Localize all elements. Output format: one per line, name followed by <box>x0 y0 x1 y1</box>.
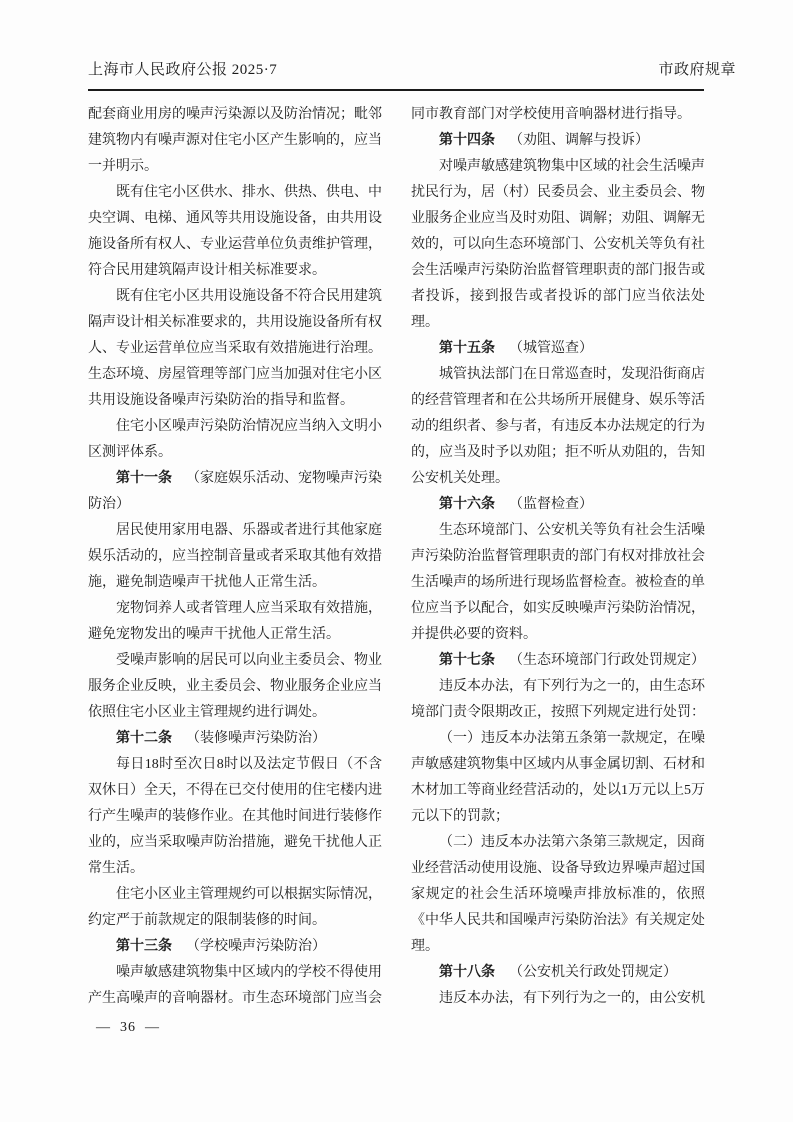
article-heading: 第十八条（公安机关行政处罚规定） <box>411 960 705 986</box>
article-number: 第十七条 <box>439 653 509 668</box>
article-title: （公安机关行政处罚规定） <box>509 965 677 980</box>
article-number: 第十一条 <box>116 471 186 486</box>
paragraph: 配套商业用房的噪声污染源以及防治情况；毗邻建筑物内有噪声源对住宅小区产生影响的，… <box>88 102 382 180</box>
paragraph: 住宅小区噪声污染防治情况应当纳入文明小区测评体系。 <box>88 414 382 466</box>
left-column: 配套商业用房的噪声污染源以及防治情况；毗邻建筑物内有噪声源对住宅小区产生影响的，… <box>88 102 382 1012</box>
footer-right-dash: — <box>145 1020 160 1036</box>
article-number: 第十八条 <box>439 965 509 980</box>
paragraph: 受噪声影响的居民可以向业主委员会、物业服务企业反映，业主委员会、物业服务企业应当… <box>88 648 382 726</box>
right-column: 同市教育部门对学校使用音响器材进行指导。第十四条（劝阻、调解与投诉）对噪声敏感建… <box>411 102 705 1012</box>
article-title: （装修噪声污染防治） <box>186 731 326 746</box>
paragraph: 违反本办法，有下列行为之一的，由公安机 <box>411 986 705 1012</box>
page-number: 36 <box>120 1020 136 1036</box>
paragraph: 既有住宅小区共用设施设备不符合民用建筑隔声设计相关标准要求的，共用设施设备所有权… <box>88 284 382 414</box>
paragraph: 对噪声敏感建筑物集中区域的社会生活噪声扰民行为，居（村）民委员会、业主委员会、物… <box>411 154 705 336</box>
article-number: 第十六条 <box>439 497 509 512</box>
gazette-title: 上海市人民政府公报 2025·7 <box>88 58 277 79</box>
paragraph: 每日18时至次日8时以及法定节假日（不含双休日）全天，不得在已交付使用的住宅楼内… <box>88 752 382 882</box>
article-title: （城管巡查） <box>509 341 593 356</box>
article-heading: 第十一条（家庭娱乐活动、宠物噪声污染防治） <box>88 466 382 518</box>
paragraph: 生态环境部门、公安机关等负有社会生活噪声污染防治监督管理职责的部门有权对排放社会… <box>411 518 705 648</box>
article-heading: 第十三条（学校噪声污染防治） <box>88 934 382 960</box>
article-heading: 第十七条（生态环境部门行政处罚规定） <box>411 648 705 674</box>
paragraph: 居民使用家用电器、乐器或者进行其他家庭娱乐活动的，应当控制音量或者采取其他有效措… <box>88 518 382 596</box>
gazette-page: 上海市人民政府公报 2025·7 市政府规章 配套商业用房的噪声污染源以及防治情… <box>0 0 793 1122</box>
document-body: 配套商业用房的噪声污染源以及防治情况；毗邻建筑物内有噪声源对住宅小区产生影响的，… <box>88 102 705 1012</box>
article-heading: 第十二条（装修噪声污染防治） <box>88 726 382 752</box>
article-title: （劝阻、调解与投诉） <box>509 133 649 148</box>
article-heading: 第十五条（城管巡查） <box>411 336 705 362</box>
paragraph: 既有住宅小区供水、排水、供热、供电、中央空调、电梯、通风等共用设施设备，由共用设… <box>88 180 382 284</box>
header-divider <box>88 89 704 91</box>
article-number: 第十二条 <box>116 731 186 746</box>
paragraph: 城管执法部门在日常巡查时，发现沿街商店的经营管理者和在公共场所开展健身、娱乐等活… <box>411 362 705 492</box>
article-title: （生态环境部门行政处罚规定） <box>509 653 705 668</box>
paragraph: 宠物饲养人或者管理人应当采取有效措施，避免宠物发出的噪声干扰他人正常生活。 <box>88 596 382 648</box>
article-number: 第十三条 <box>116 939 186 954</box>
paragraph: 同市教育部门对学校使用音响器材进行指导。 <box>411 102 705 128</box>
article-title: （监督检查） <box>509 497 593 512</box>
section-label: 市政府规章 <box>658 58 736 79</box>
article-number: 第十五条 <box>439 341 509 356</box>
article-heading: 第十四条（劝阻、调解与投诉） <box>411 128 705 154</box>
paragraph: （二）违反本办法第六条第三款规定，因商业经营活动使用设施、设备导致边界噪声超过国… <box>411 830 705 960</box>
article-heading: 第十六条（监督检查） <box>411 492 705 518</box>
paragraph: 噪声敏感建筑物集中区域内的学校不得使用产生高噪声的音响器材。市生态环境部门应当会 <box>88 960 382 1012</box>
paragraph: 住宅小区业主管理规约可以根据实际情况，约定严于前款规定的限制装修的时间。 <box>88 882 382 934</box>
article-number: 第十四条 <box>439 133 509 148</box>
paragraph: 违反本办法，有下列行为之一的，由生态环境部门责令限期改正，按照下列规定进行处罚： <box>411 674 705 726</box>
footer-left-dash: — <box>96 1020 111 1036</box>
article-title: （学校噪声污染防治） <box>186 939 326 954</box>
page-header: 上海市人民政府公报 2025·7 市政府规章 <box>88 58 736 79</box>
page-footer: — 36 — <box>96 1020 160 1036</box>
paragraph: （一）违反本办法第五条第一款规定，在噪声敏感建筑物集中区域内从事金属切割、石材和… <box>411 726 705 830</box>
